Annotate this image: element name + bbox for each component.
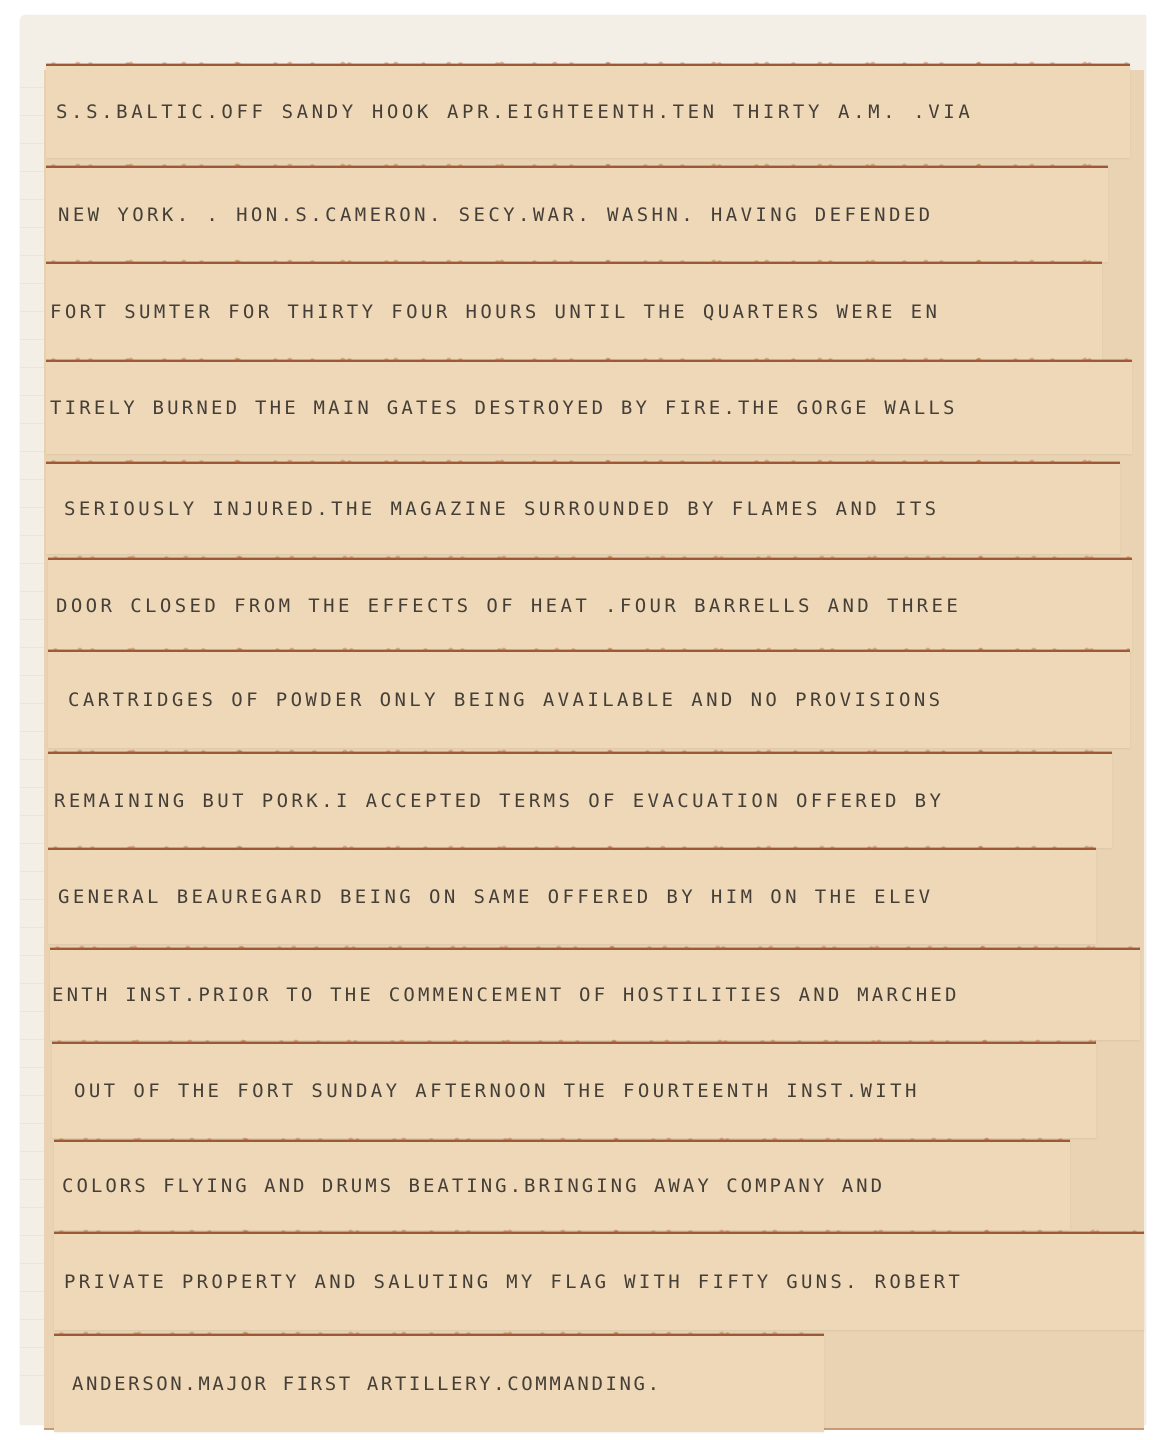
telegram-line: SERIOUSLY INJURED.THE MAGAZINE SURROUNDE… [64,498,940,520]
telegram-strip-9: GENERAL BEAUREGARD BEING ON SAME OFFERED… [48,848,1096,944]
telegram-line: NEW YORK. . HON.S.CAMERON. SECY.WAR. WAS… [58,204,934,226]
telegram-strip-8: REMAINING BUT PORK.I ACCEPTED TERMS OF E… [48,752,1112,848]
telegram-strip-5: SERIOUSLY INJURED.THE MAGAZINE SURROUNDE… [46,462,1120,554]
telegram-strip-1: S.S.BALTIC.OFF SANDY HOOK APR.EIGHTEENTH… [46,64,1130,158]
telegram-line: OUT OF THE FORT SUNDAY AFTERNOON THE FOU… [74,1080,920,1102]
telegram-line: ANDERSON.MAJOR FIRST ARTILLERY.COMMANDIN… [72,1373,662,1395]
telegram-strip-13: PRIVATE PROPERTY AND SALUTING MY FLAG WI… [54,1232,1144,1330]
telegram-strip-7: CARTRIDGES OF POWDER ONLY BEING AVAILABL… [48,650,1130,748]
telegram-line: COLORS FLYING AND DRUMS BEATING.BRINGING… [62,1175,885,1197]
telegram-strip-3: FORT SUMTER FOR THIRTY FOUR HOURS UNTIL … [46,262,1102,360]
telegram-line: REMAINING BUT PORK.I ACCEPTED TERMS OF E… [54,790,944,812]
telegram-line: S.S.BALTIC.OFF SANDY HOOK APR.EIGHTEENTH… [56,101,973,123]
telegram-line: FORT SUMTER FOR THIRTY FOUR HOURS UNTIL … [50,301,940,323]
telegram-strip-11: OUT OF THE FORT SUNDAY AFTERNOON THE FOU… [52,1042,1096,1138]
telegram-strip-4: TIRELY BURNED THE MAIN GATES DESTROYED B… [46,360,1132,454]
telegram-line: DOOR CLOSED FROM THE EFFECTS OF HEAT .FO… [56,595,961,617]
telegram-line: PRIVATE PROPERTY AND SALUTING MY FLAG WI… [64,1271,963,1293]
telegram-strip-2: NEW YORK. . HON.S.CAMERON. SECY.WAR. WAS… [46,166,1108,262]
telegram-strip-6: DOOR CLOSED FROM THE EFFECTS OF HEAT .FO… [48,558,1132,652]
telegram-strip-10: ENTH INST.PRIOR TO THE COMMENCEMENT OF H… [50,948,1140,1040]
telegram-strip-14: ANDERSON.MAJOR FIRST ARTILLERY.COMMANDIN… [54,1334,824,1432]
telegram-strip-12: COLORS FLYING AND DRUMS BEATING.BRINGING… [54,1140,1070,1230]
telegram-line: CARTRIDGES OF POWDER ONLY BEING AVAILABL… [68,689,944,711]
telegram-line: TIRELY BURNED THE MAIN GATES DESTROYED B… [50,397,958,419]
telegram-line: GENERAL BEAUREGARD BEING ON SAME OFFERED… [58,886,934,908]
telegram-line: ENTH INST.PRIOR TO THE COMMENCEMENT OF H… [52,984,960,1006]
